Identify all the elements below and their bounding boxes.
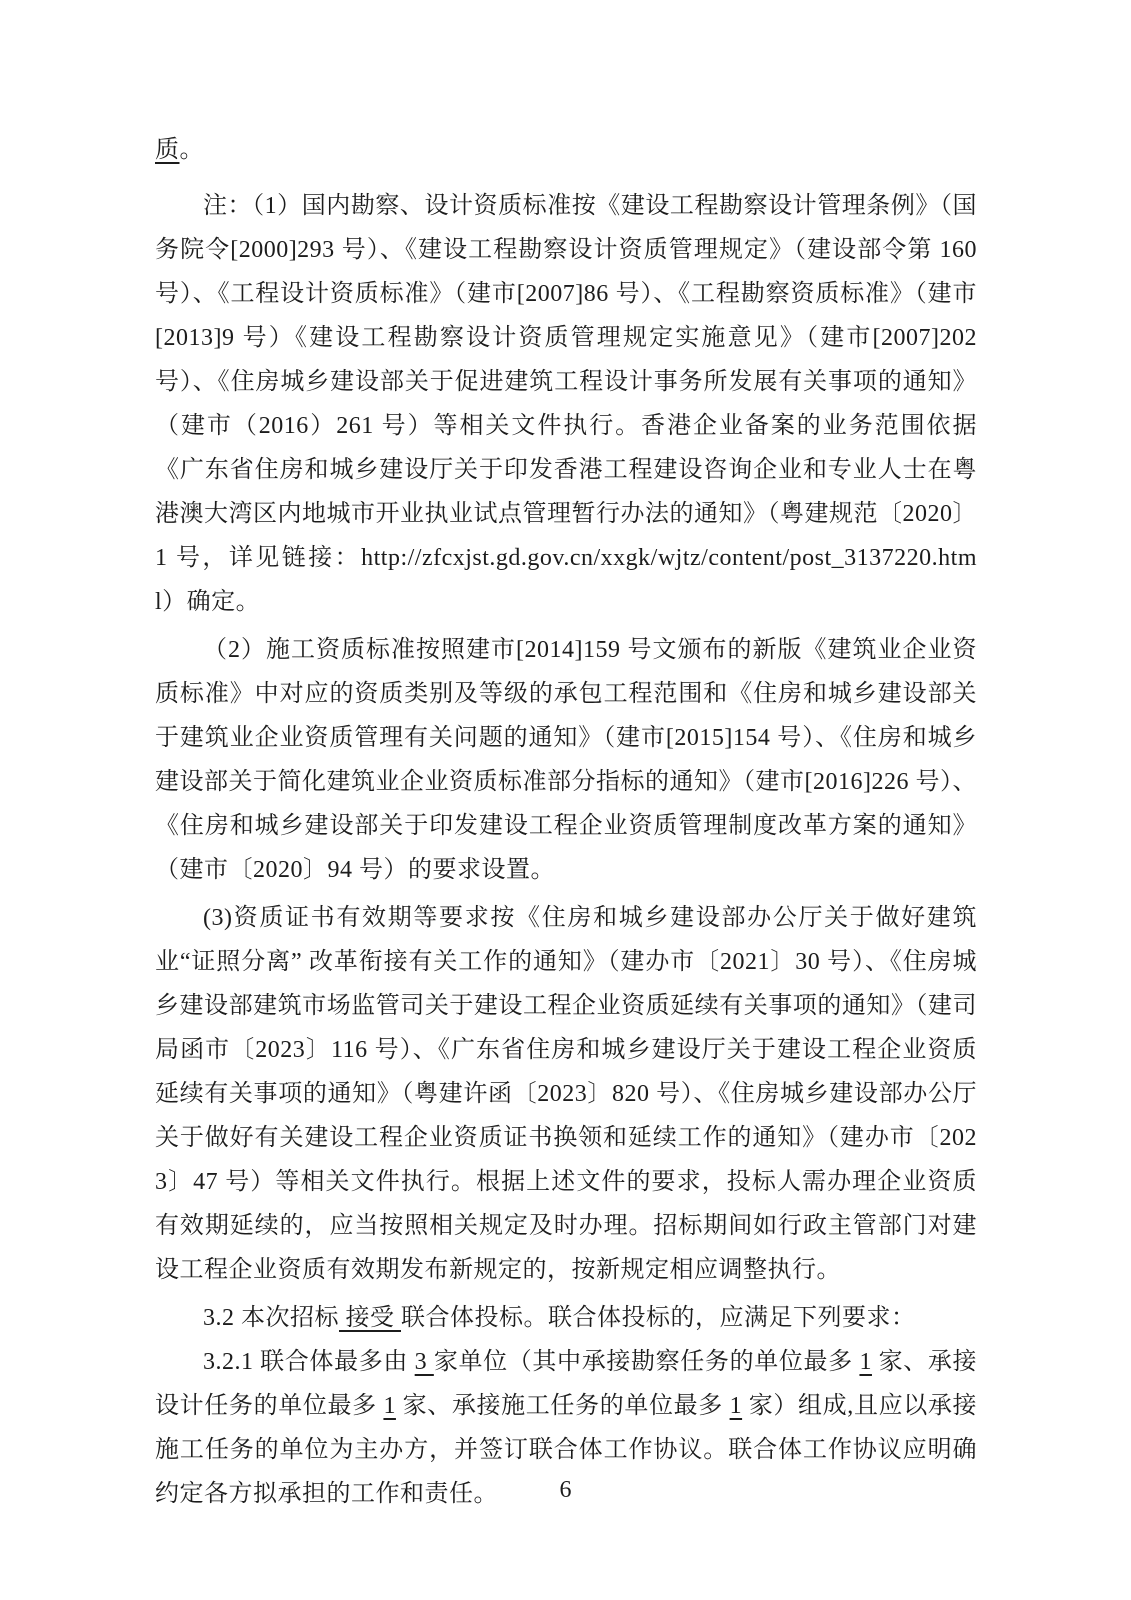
blank-max-survey-units: 1 [859, 1349, 872, 1375]
clause-3-2-1-text-cont: 家单位（其中承接勘察任务的单位最多 [434, 1349, 860, 1375]
paragraph-clause-3-2: 3.2 本次招标 接受 联合体投标。联合体投标的，应满足下列要求： [155, 1296, 977, 1340]
page-number: 6 [0, 1474, 1131, 1506]
paragraph-note-2: （2）施工资质标准按照建市[2014]159 号文颁布的新版《建筑业企业资质标准… [155, 628, 977, 892]
paragraph-carryover: 质。 [155, 128, 977, 172]
blank-accept-joint-venture: 接受 [339, 1305, 401, 1331]
clause-3-2-text: 3.2 本次招标 [203, 1305, 339, 1331]
clause-3-2-1-text: 3.2.1 联合体最多由 [203, 1349, 415, 1375]
clause-3-2-1-text-cont: 家、承接施工任务的单位最多 [396, 1393, 730, 1419]
blank-max-members: 3 [415, 1349, 434, 1375]
paragraph-note-1: 注：（1）国内勘察、设计资质标准按《建设工程勘察设计管理条例》（国务院令[200… [155, 184, 977, 624]
blank-max-design-units: 1 [383, 1393, 396, 1419]
blank-max-construction-units: 1 [730, 1393, 743, 1419]
document-page: 质。 注：（1）国内勘察、设计资质标准按《建设工程勘察设计管理条例》（国务院令[… [0, 0, 1131, 1600]
underlined-word: 质 [155, 137, 180, 163]
text-column: 质。 注：（1）国内勘察、设计资质标准按《建设工程勘察设计管理条例》（国务院令[… [155, 128, 977, 1516]
paragraph-note-3: (3)资质证书有效期等要求按《住房和城乡建设部办公厅关于做好建筑业“证照分离” … [155, 896, 977, 1292]
clause-3-2-text-cont: 联合体投标。联合体投标的，应满足下列要求： [401, 1305, 916, 1331]
paragraph-text: 。 [180, 137, 205, 163]
